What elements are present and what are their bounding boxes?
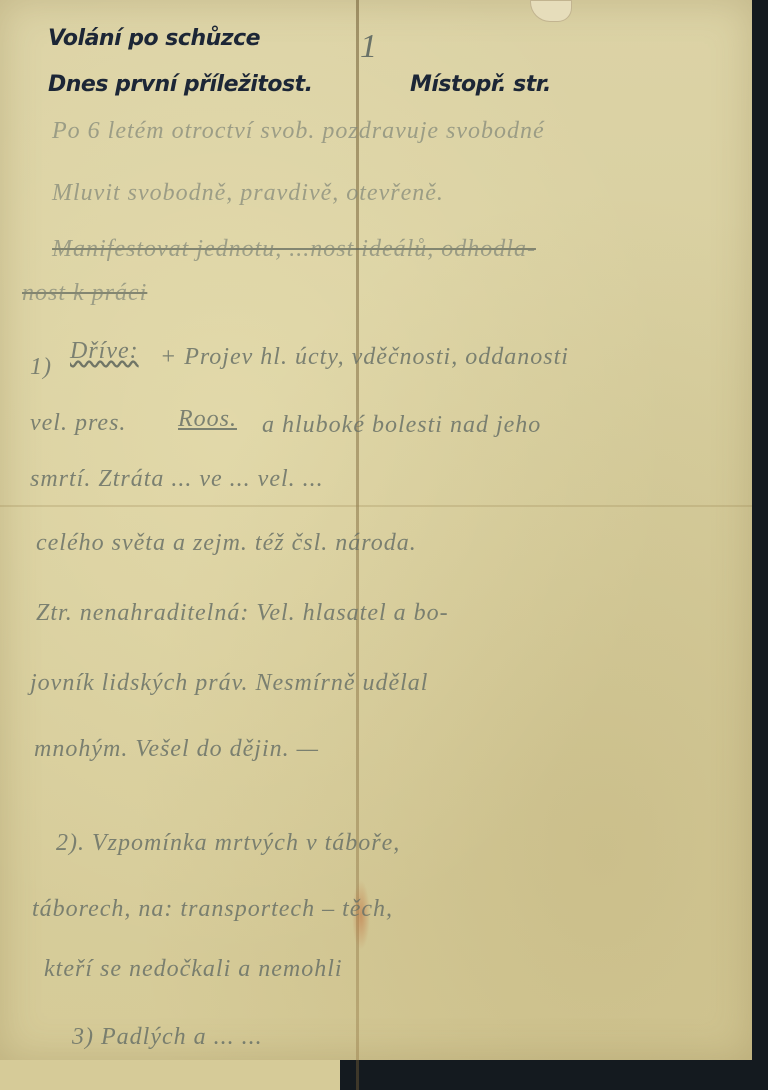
header-right: Místopř. str. [410,72,551,97]
text-line: Mluvit svobodně, pravdivě, otevřeně. [52,180,444,207]
text-line: vel. pres. [30,410,126,437]
list-number: 1) [30,354,52,381]
horizontal-fold-crease [0,505,752,507]
paper-bottom-flap [0,1060,340,1090]
text-line: Ztr. nenahraditelná: Vel. hlasatel a bo- [36,600,449,627]
struck-text-line: Manifestovat jednotu, ...nost ideálů, od… [52,236,536,263]
underlined-name: Roos. [178,406,237,433]
text-line: 2). Vzpomínka mrtvých v táboře, [56,830,400,857]
section-heading: Dříve: [70,338,139,365]
text-line: smrtí. Ztráta ... ve ... vel. ... [30,466,324,493]
header-line-1: Volání po schůzce [48,26,260,51]
page-number: 1 [360,28,377,66]
struck-text-line: nost k práci [22,280,147,307]
text-line: kteří se nedočkali a nemohli [44,956,343,983]
text-line: + Projev hl. úcty, vděčnosti, oddanosti [160,344,569,371]
text-line: Po 6 letém otroctví svob. pozdravuje svo… [52,118,545,145]
header-line-2: Dnes první příležitost. [48,72,312,97]
text-line: a hluboké bolesti nad jeho [262,412,541,439]
text-line: táborech, na: transportech – těch, [32,896,393,923]
text-line: 3) Padlých a ... ... [72,1024,263,1051]
text-line: jovník lidských práv. Nesmírně udělal [30,670,428,697]
text-line: celého světa a zejm. též čsl. národa. [36,530,417,557]
torn-right-edge [752,320,768,1090]
text-line: mnohým. Vešel do dějin. — [34,736,319,763]
